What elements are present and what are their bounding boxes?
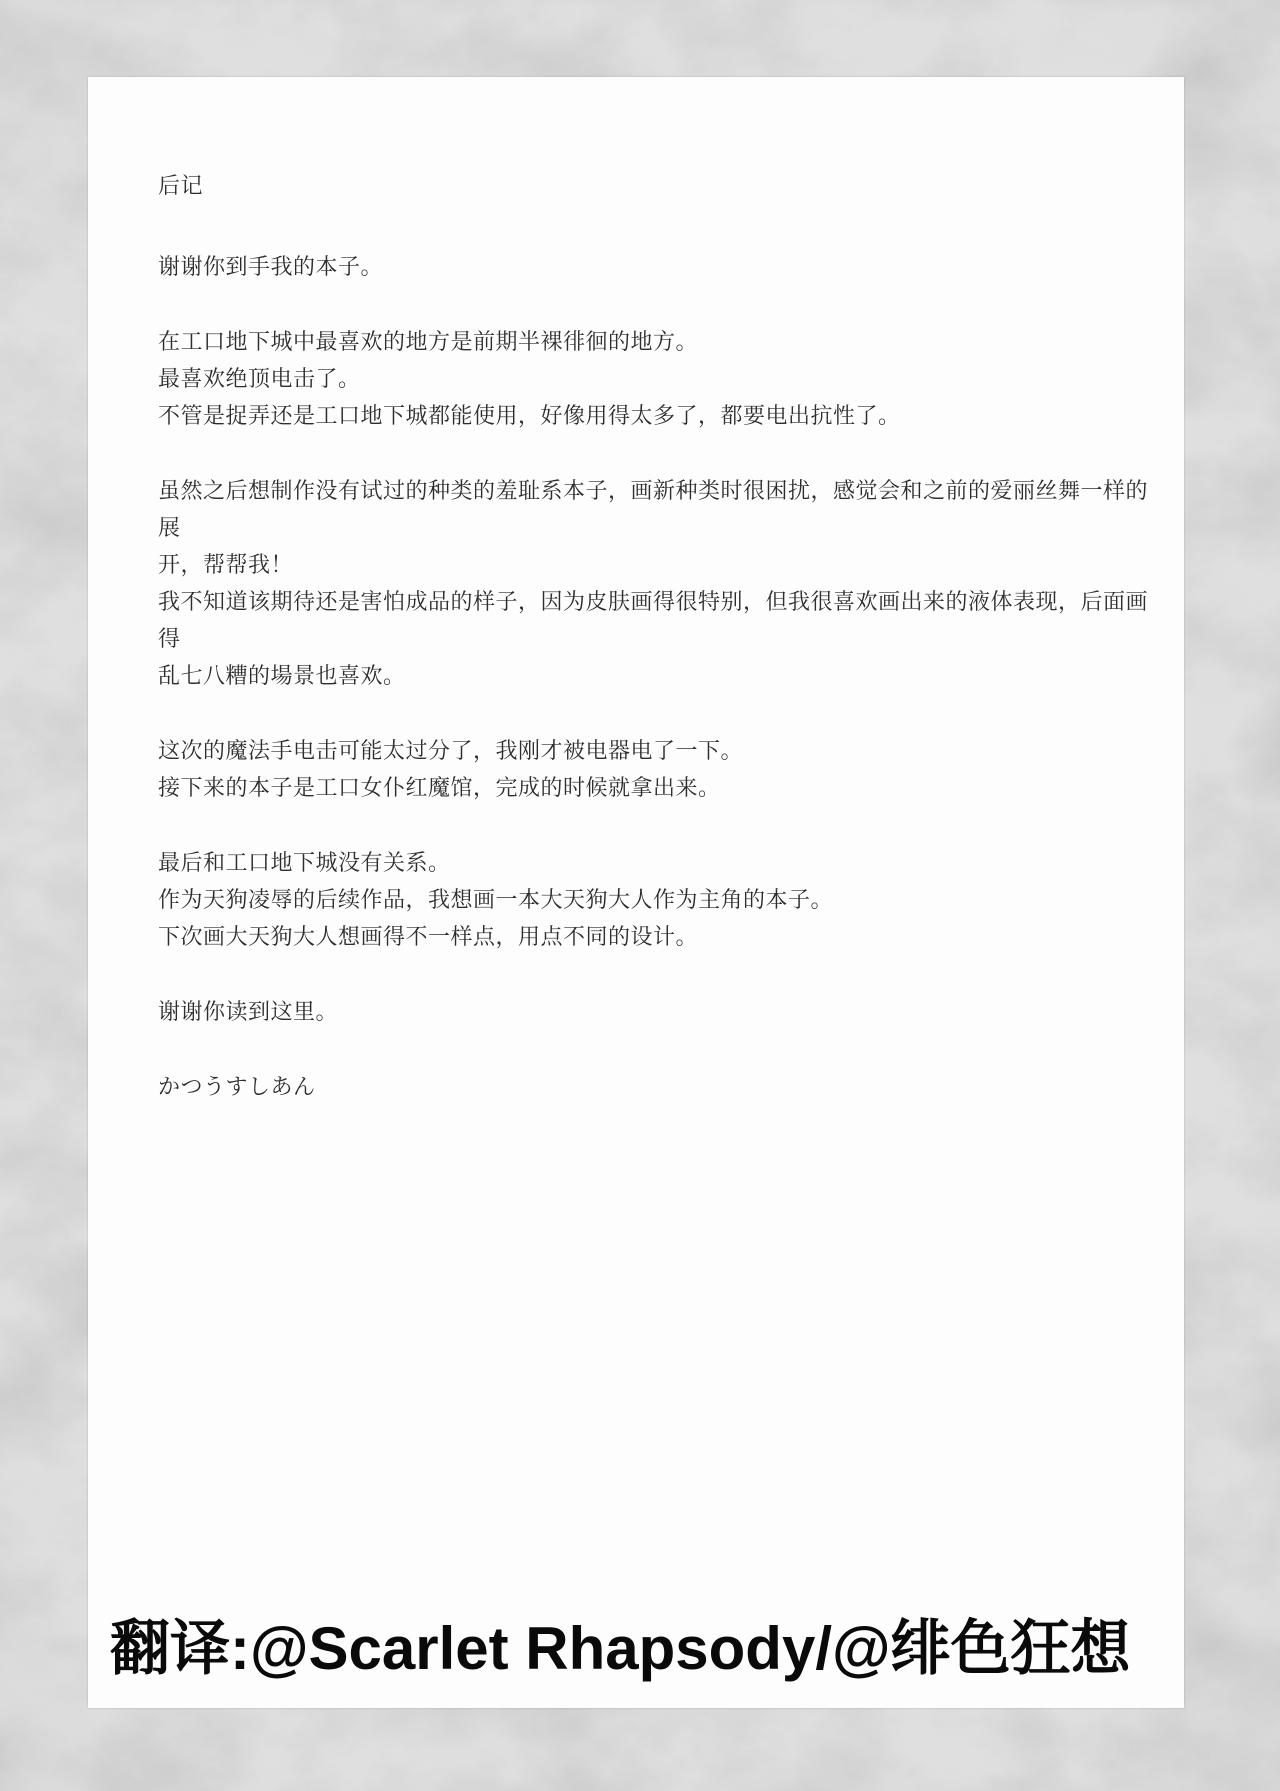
paragraph-next-genre: 虽然之后想制作没有试过的种类的羞耻系本子，画新种类时很困扰，感觉会和之前的爱丽丝… xyxy=(158,472,1148,694)
afterword-page: 后记 谢谢你到手我的本子。 在工口地下城中最喜欢的地方是前期半裸徘徊的地方。 最… xyxy=(88,77,1184,1708)
paragraph-tengu-sequel: 最后和工口地下城没有关系。 作为天狗凌辱的后续作品，我想画一本大天狗大人作为主角… xyxy=(158,844,1148,955)
page-title: 后记 xyxy=(158,167,1148,204)
afterword-text-block: 后记 谢谢你到手我的本子。 在工口地下城中最喜欢的地方是前期半裸徘徊的地方。 最… xyxy=(158,167,1148,1143)
paragraph-favorite-scene: 在工口地下城中最喜欢的地方是前期半裸徘徊的地方。 最喜欢绝顶电击了。 不管是捉弄… xyxy=(158,323,1148,434)
paragraph-magic-hand: 这次的魔法手电击可能太过分了，我刚才被电器电了一下。 接下来的本子是工口女仆红魔… xyxy=(158,732,1148,806)
paragraph-thanks: 谢谢你到手我的本子。 xyxy=(158,248,1148,285)
author-signature: かつうすしあん xyxy=(158,1068,1148,1105)
paragraph-closing: 谢谢你读到这里。 xyxy=(158,993,1148,1030)
translator-credit: 翻译:@Scarlet Rhapsody/@绯色狂想 xyxy=(110,1616,1131,1682)
